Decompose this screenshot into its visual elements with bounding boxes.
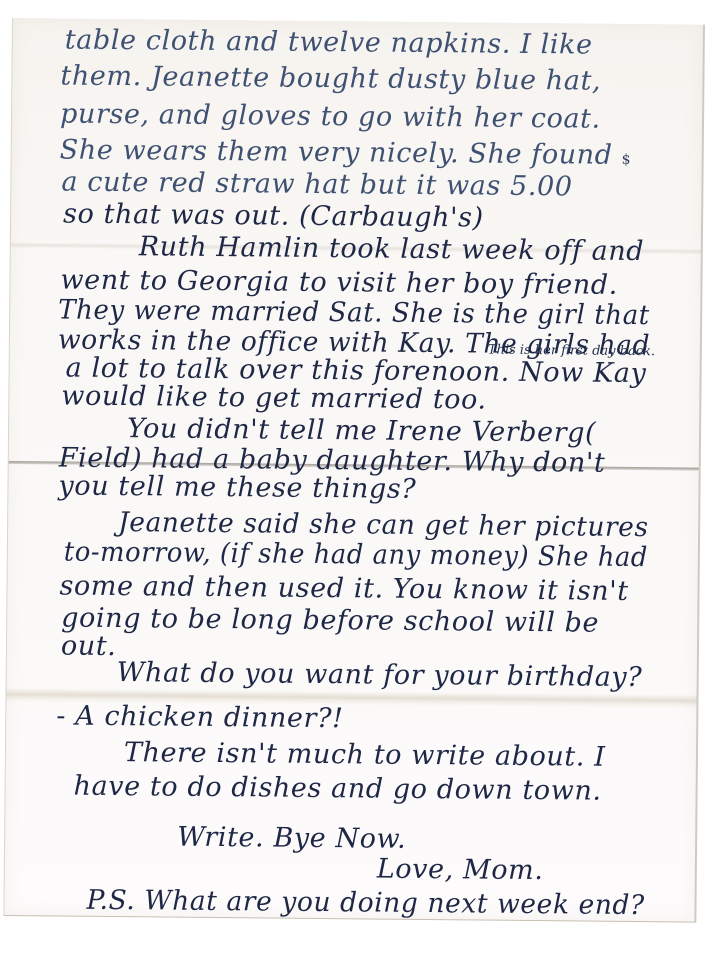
letter-postscript: P.S. What are you doing next week end?: [86, 885, 645, 921]
letter-line: a cute red straw hat but it was 5.00: [61, 166, 572, 202]
letter-line: There isn't much to write about. I: [124, 737, 606, 773]
letter-paper: table cloth and twelve napkins. I like t…: [3, 18, 705, 923]
letter-line: have to do dishes and go down town.: [73, 771, 601, 807]
letter-line: to-morrow, (if she had any money) She ha…: [64, 537, 648, 574]
dollar-sign-mark: $: [622, 152, 631, 168]
letter-line: so that was out. (Carbaugh's): [63, 199, 484, 234]
letter-line: them. Jeanette bought dusty blue hat,: [60, 60, 601, 96]
letter-line: purse, and gloves to go with her coat.: [60, 98, 601, 134]
letter-line: going to be long before school will be: [61, 603, 599, 639]
letter-closing: Write. Bye Now.: [177, 822, 406, 855]
letter-line: She wears them very nicely. She found: [60, 134, 613, 170]
letter-line: table cloth and twelve napkins. I like: [65, 25, 593, 61]
scanned-page: table cloth and twelve napkins. I like t…: [0, 0, 720, 960]
letter-line: would like to get married too.: [61, 380, 487, 415]
letter-signature: Love, Mom.: [377, 854, 544, 887]
letter-line: What do you want for your birthday?: [117, 657, 643, 693]
letter-line: - A chicken dinner?!: [56, 700, 344, 734]
letter-line: you tell me these things?: [58, 470, 416, 504]
letter-line: out.: [61, 630, 117, 662]
letter-line: some and then used it. You know it isn't: [59, 570, 628, 606]
letter-line: Ruth Hamlin took last week off and: [139, 231, 645, 267]
